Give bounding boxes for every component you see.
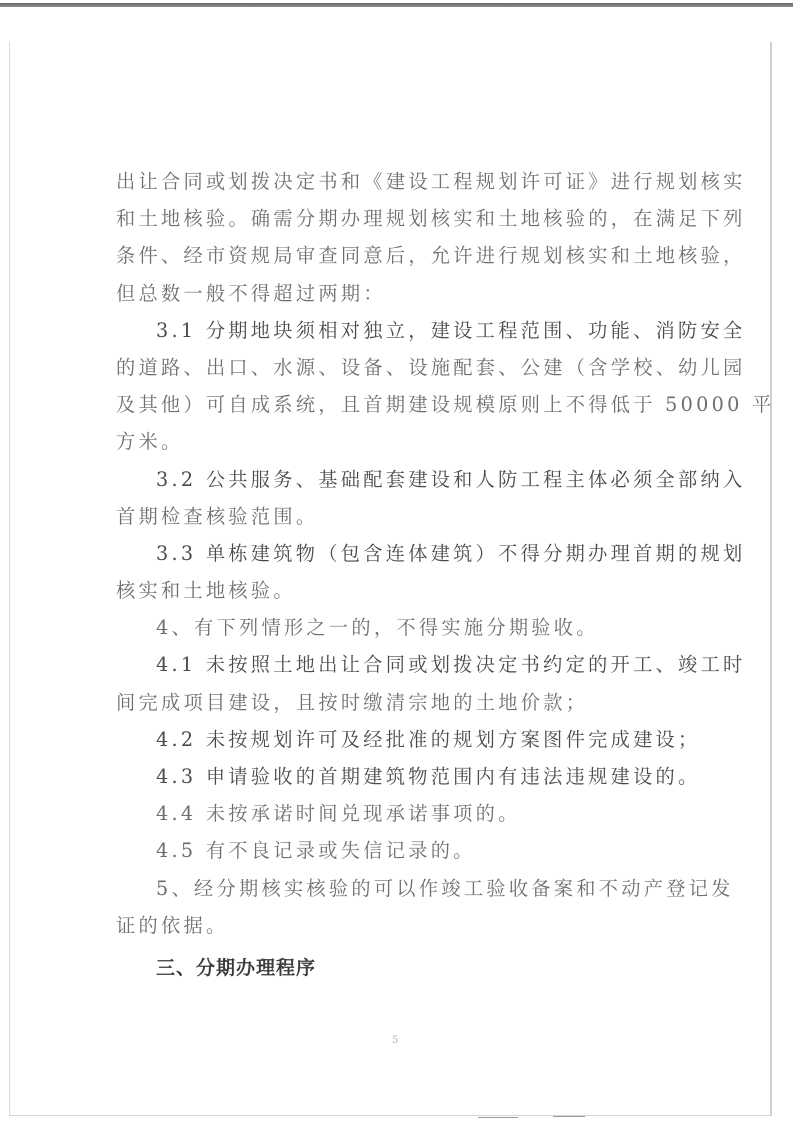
clause-3-3: 3.3 单栋建筑物（包含连体建筑）不得分期办理首期的规划 xyxy=(116,535,672,572)
paragraph-line: 间完成项目建设，且按时缴清宗地的土地价款； xyxy=(116,684,672,721)
section-heading: 三、分期办理程序 xyxy=(116,950,672,987)
paragraph-line: 核实和土地核验。 xyxy=(116,572,672,609)
clause-4: 4、有下列情形之一的，不得实施分期验收。 xyxy=(116,609,672,646)
clause-4-2: 4.2 未按规划许可及经批准的规划方案图件完成建设； xyxy=(116,721,672,758)
clause-4-1: 4.1 未按照土地出让合同或划拨决定书约定的开工、竣工时 xyxy=(116,646,672,683)
paragraph-line: 条件、经市资规局审查同意后，允许进行规划核实和土地核验， xyxy=(116,237,672,274)
scan-top-edge xyxy=(0,3,793,7)
paragraph-line: 首期检查核验范围。 xyxy=(116,498,672,535)
paragraph-line: 出让合同或划拨决定书和《建设工程规划许可证》进行规划核实 xyxy=(116,163,672,200)
paragraph-line: 但总数一般不得超过两期： xyxy=(116,275,672,312)
scan-mark xyxy=(553,1116,585,1117)
clause-4-4: 4.4 未按承诺时间兑现承诺事项的。 xyxy=(116,795,672,832)
clause-5: 5、经分期核实核验的可以作竣工验收备案和不动产登记发 xyxy=(116,870,672,907)
clause-4-5: 4.5 有不良记录或失信记录的。 xyxy=(116,832,672,869)
clause-3-1: 3.1 分期地块须相对独立，建设工程范围、功能、消防安全 xyxy=(116,312,672,349)
paragraph-line: 和土地核验。确需分期办理规划核实和土地核验的，在满足下列 xyxy=(116,200,672,237)
clause-3-2: 3.2 公共服务、基础配套建设和人防工程主体必须全部纳入 xyxy=(116,461,672,498)
clause-4-3: 4.3 申请验收的首期建筑物范围内有违法违规建设的。 xyxy=(116,758,672,795)
document-body: 出让合同或划拨决定书和《建设工程规划许可证》进行规划核实 和土地核验。确需分期办… xyxy=(116,163,672,987)
scan-mark xyxy=(478,1117,518,1118)
page-number: 5 xyxy=(392,1035,398,1046)
paragraph-line: 的道路、出口、水源、设备、设施配套、公建（含学校、幼儿园 xyxy=(116,349,672,386)
paragraph-line: 方米。 xyxy=(116,423,672,460)
paragraph-line: 及其他）可自成系统，且首期建设规模原则上不得低于 50000 平 xyxy=(116,386,672,423)
paragraph-line: 证的依据。 xyxy=(116,907,672,944)
